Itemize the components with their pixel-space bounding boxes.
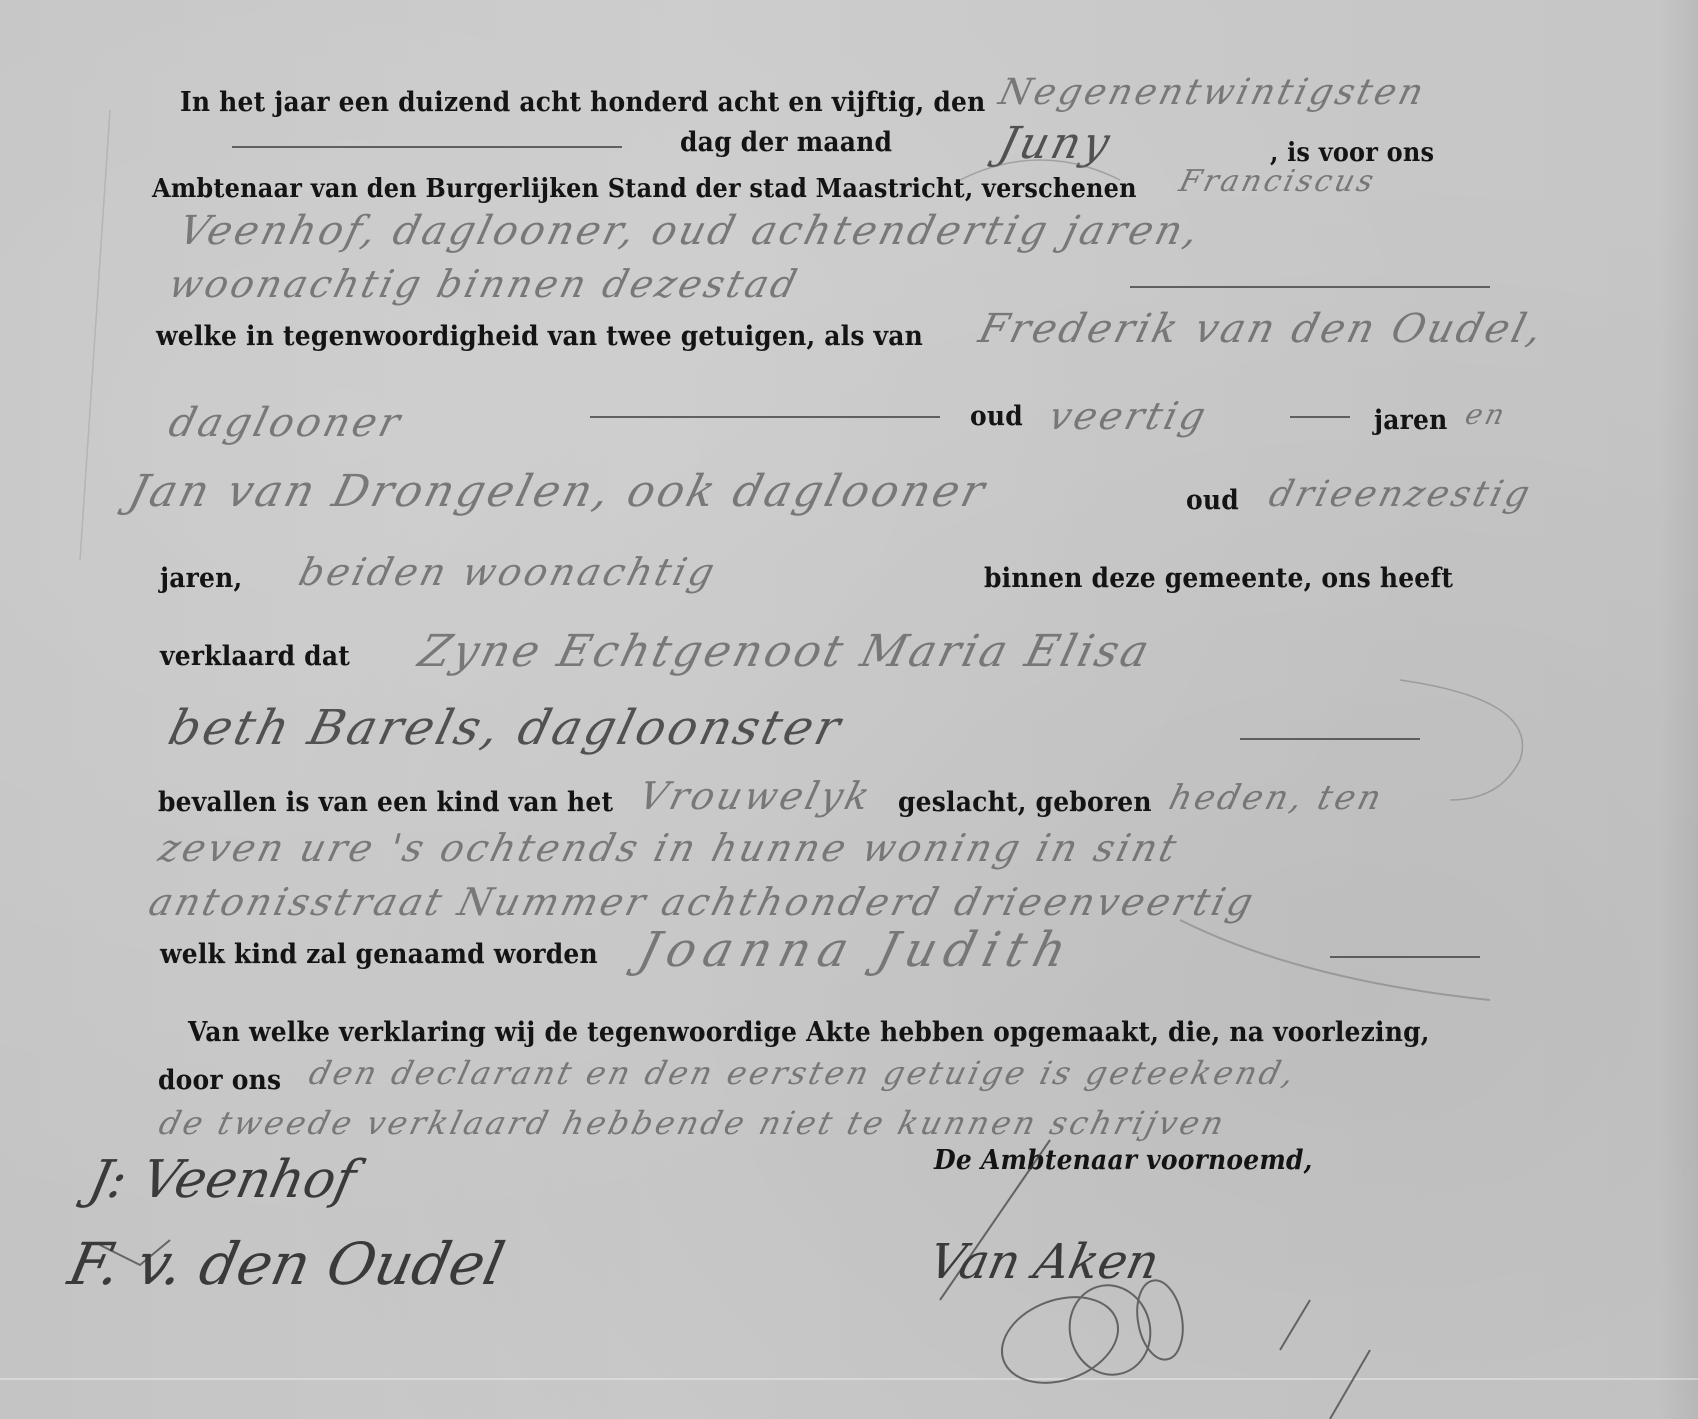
birth-certificate-page: In het jaar een duizend acht honderd ach…: [0, 0, 1698, 1419]
signature-flourish-icon: [0, 0, 1698, 1419]
